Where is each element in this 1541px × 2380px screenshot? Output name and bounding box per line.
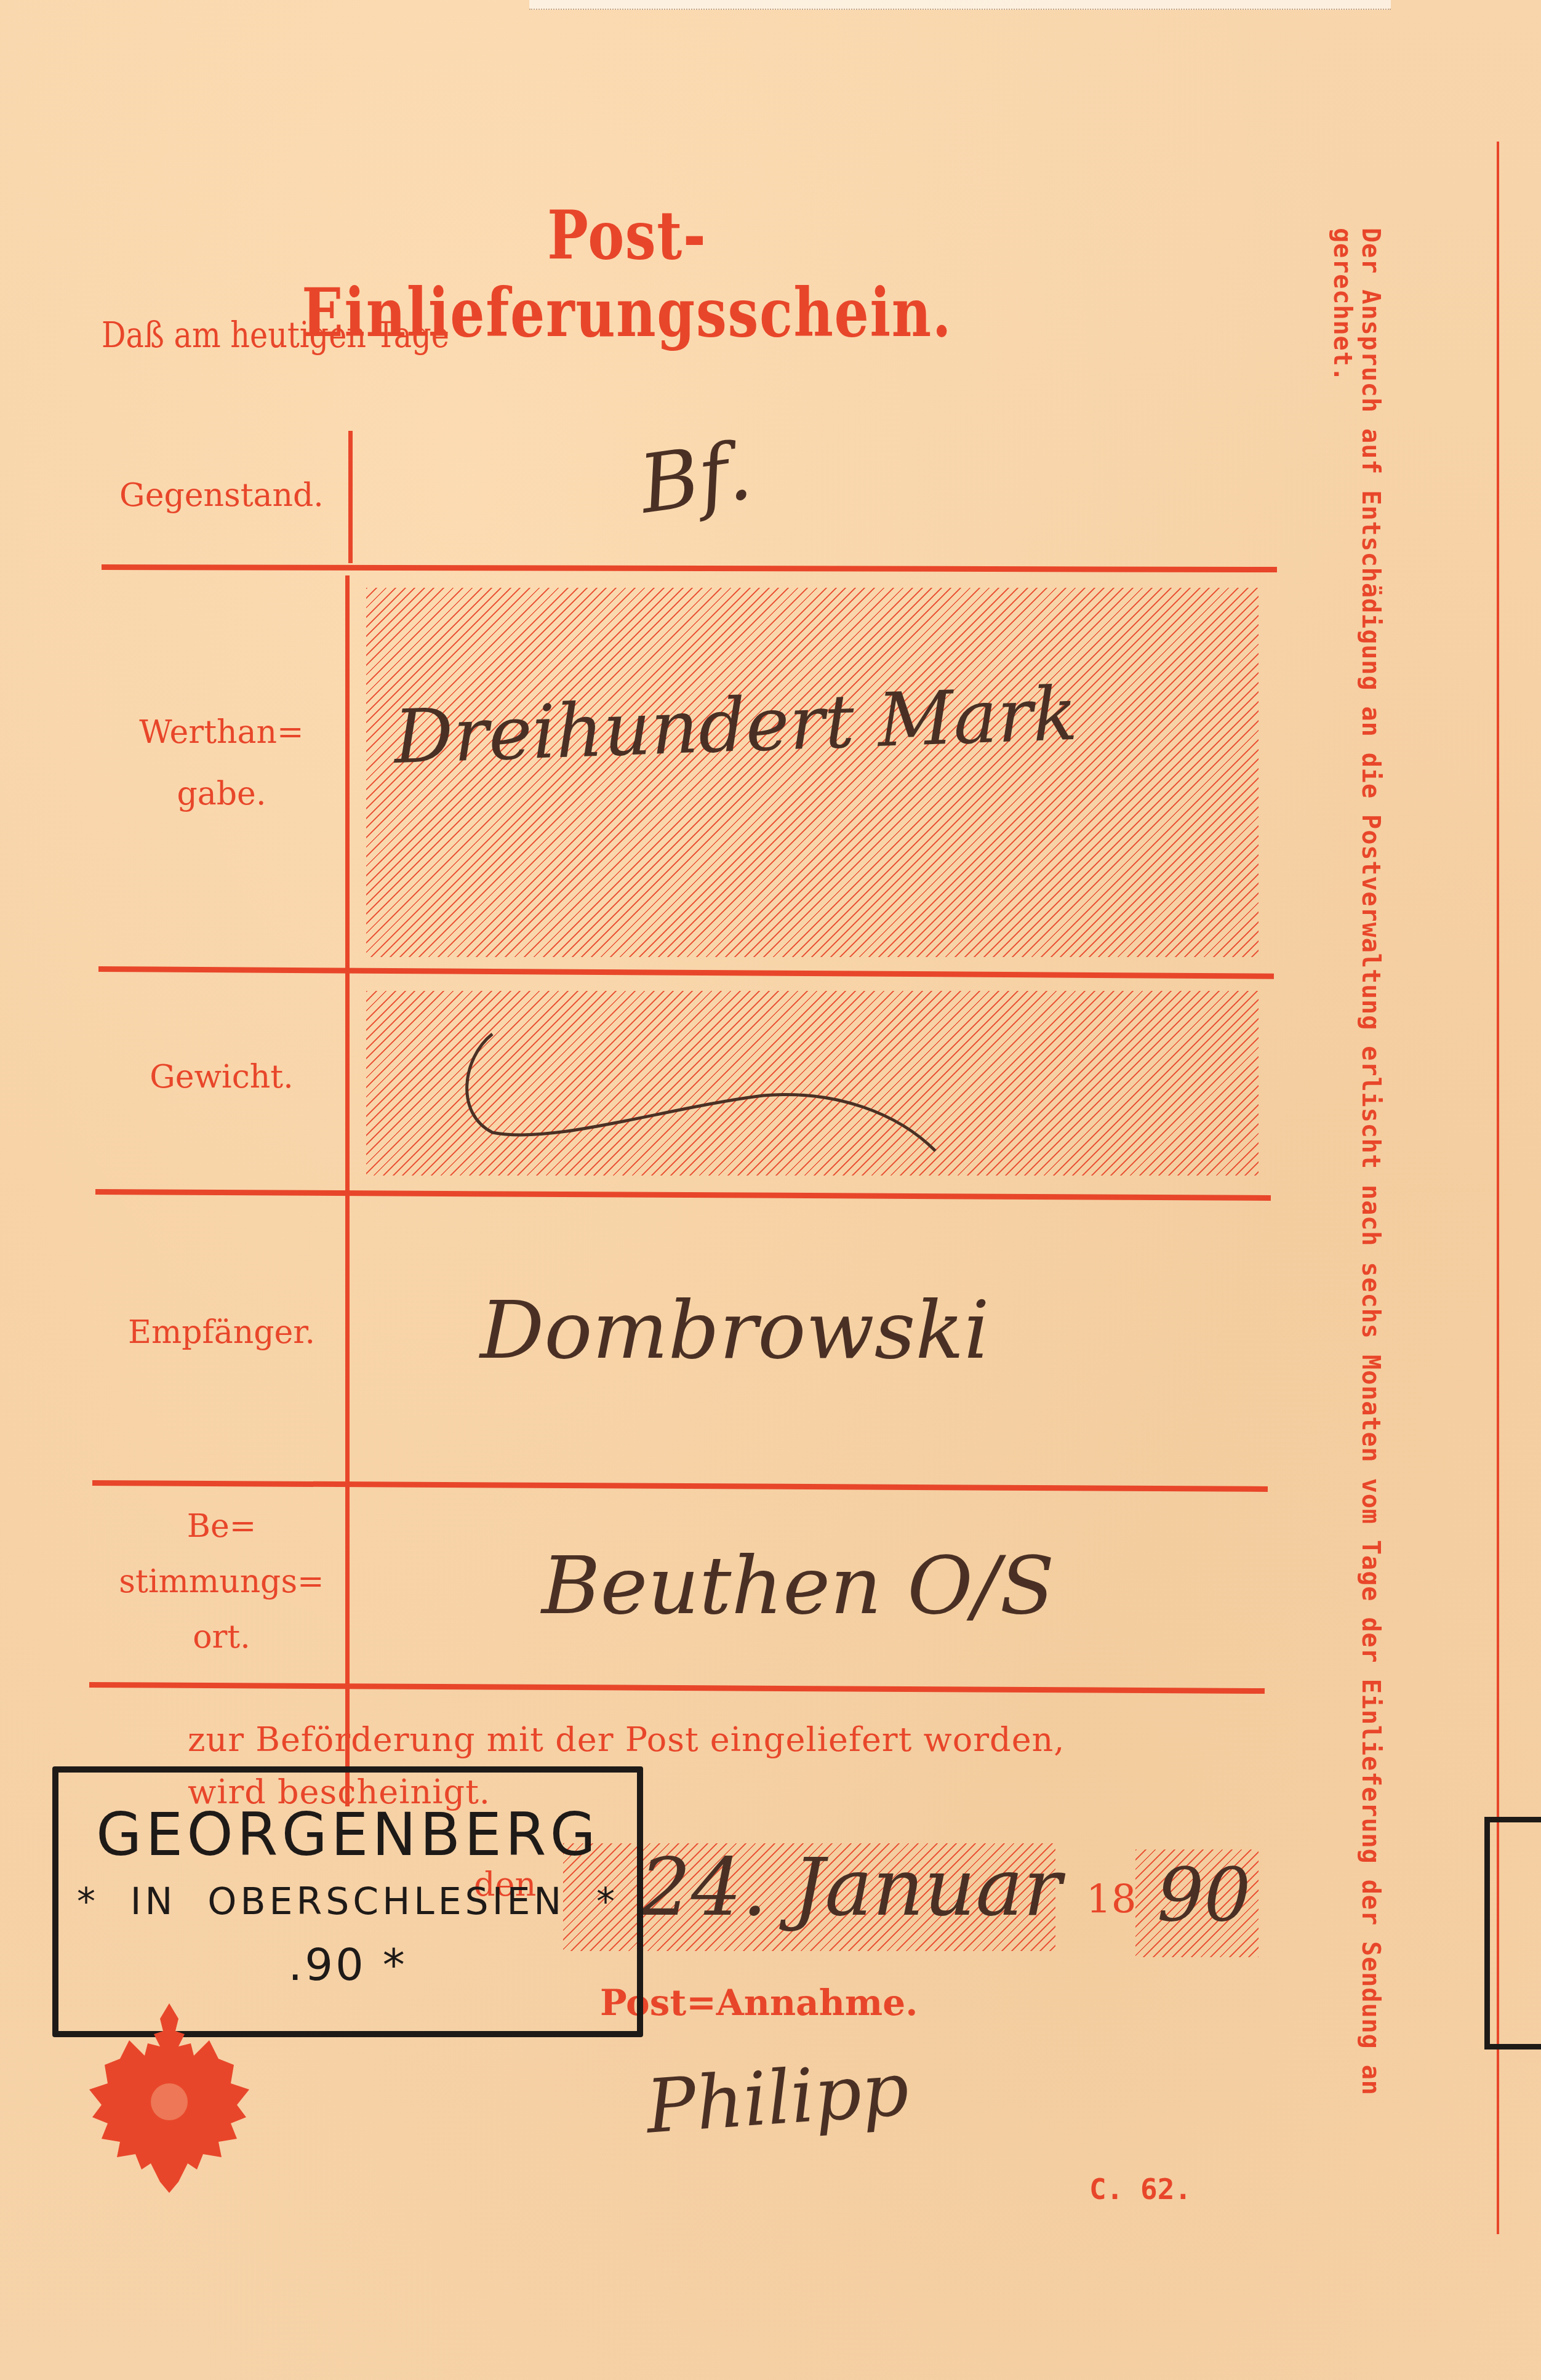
postmark-stamp: GEORGENBERG * IN OBERSCHLESIEN * .90 * — [52, 1766, 643, 2037]
label-bestimmungsort-2: stimmungs= — [92, 1557, 351, 1606]
postmark-star-left: * — [77, 1880, 99, 1923]
torn-edge — [529, 0, 1391, 10]
postmark-date-code: .90 * — [58, 1939, 637, 1990]
label-column-divider-1 — [348, 431, 353, 563]
label-bestimmungsort-1: Be= — [98, 1502, 345, 1551]
postmark-star-right: * — [596, 1880, 618, 1923]
postmark-region-name: OBERSCHLESIEN — [207, 1880, 565, 1923]
postmark-region: * IN OBERSCHLESIEN * — [77, 1880, 618, 1923]
intro-text: Daß am heutigen Tage — [102, 314, 449, 356]
label-empfaenger: Empfänger. — [98, 1308, 345, 1357]
postmark-town: GEORGENBERG — [58, 1800, 637, 1869]
postmark-region-in: IN — [130, 1880, 177, 1923]
year-value: 90 — [1157, 1853, 1251, 1938]
value-bestimmungsort: Beuthen O/S — [542, 1539, 1055, 1632]
imperial-eagle-icon — [86, 1997, 252, 2194]
certification-line-1: zur Beförderung mit der Post eingeliefer… — [188, 1720, 1065, 1759]
label-werthangabe-1: Werthan= — [98, 708, 345, 757]
partial-postmark-stamp — [1484, 1817, 1541, 2049]
compensation-notice: Der Anspruch auf Entschädigung an die Po… — [1348, 228, 1385, 2203]
label-bestimmungsort-3: ort. — [98, 1613, 345, 1662]
clerk-signature: Philipp — [644, 2046, 911, 2150]
label-gegenstand: Gegenstand. — [98, 471, 345, 520]
label-werthangabe-2: gabe. — [98, 769, 345, 819]
year-prefix: 18 — [1086, 1877, 1136, 1923]
label-gewicht: Gewicht. — [98, 1052, 345, 1102]
date-day-month: 24. Januar — [640, 1840, 1062, 1934]
post-annahme-label: Post=Annahme. — [600, 1982, 918, 2024]
value-gegenstand: Bf. — [634, 423, 757, 532]
form-code: C. 62. — [1089, 2173, 1191, 2206]
gewicht-dash-stroke — [455, 1022, 1132, 1169]
value-empfaenger: Dombrowski — [480, 1283, 990, 1377]
